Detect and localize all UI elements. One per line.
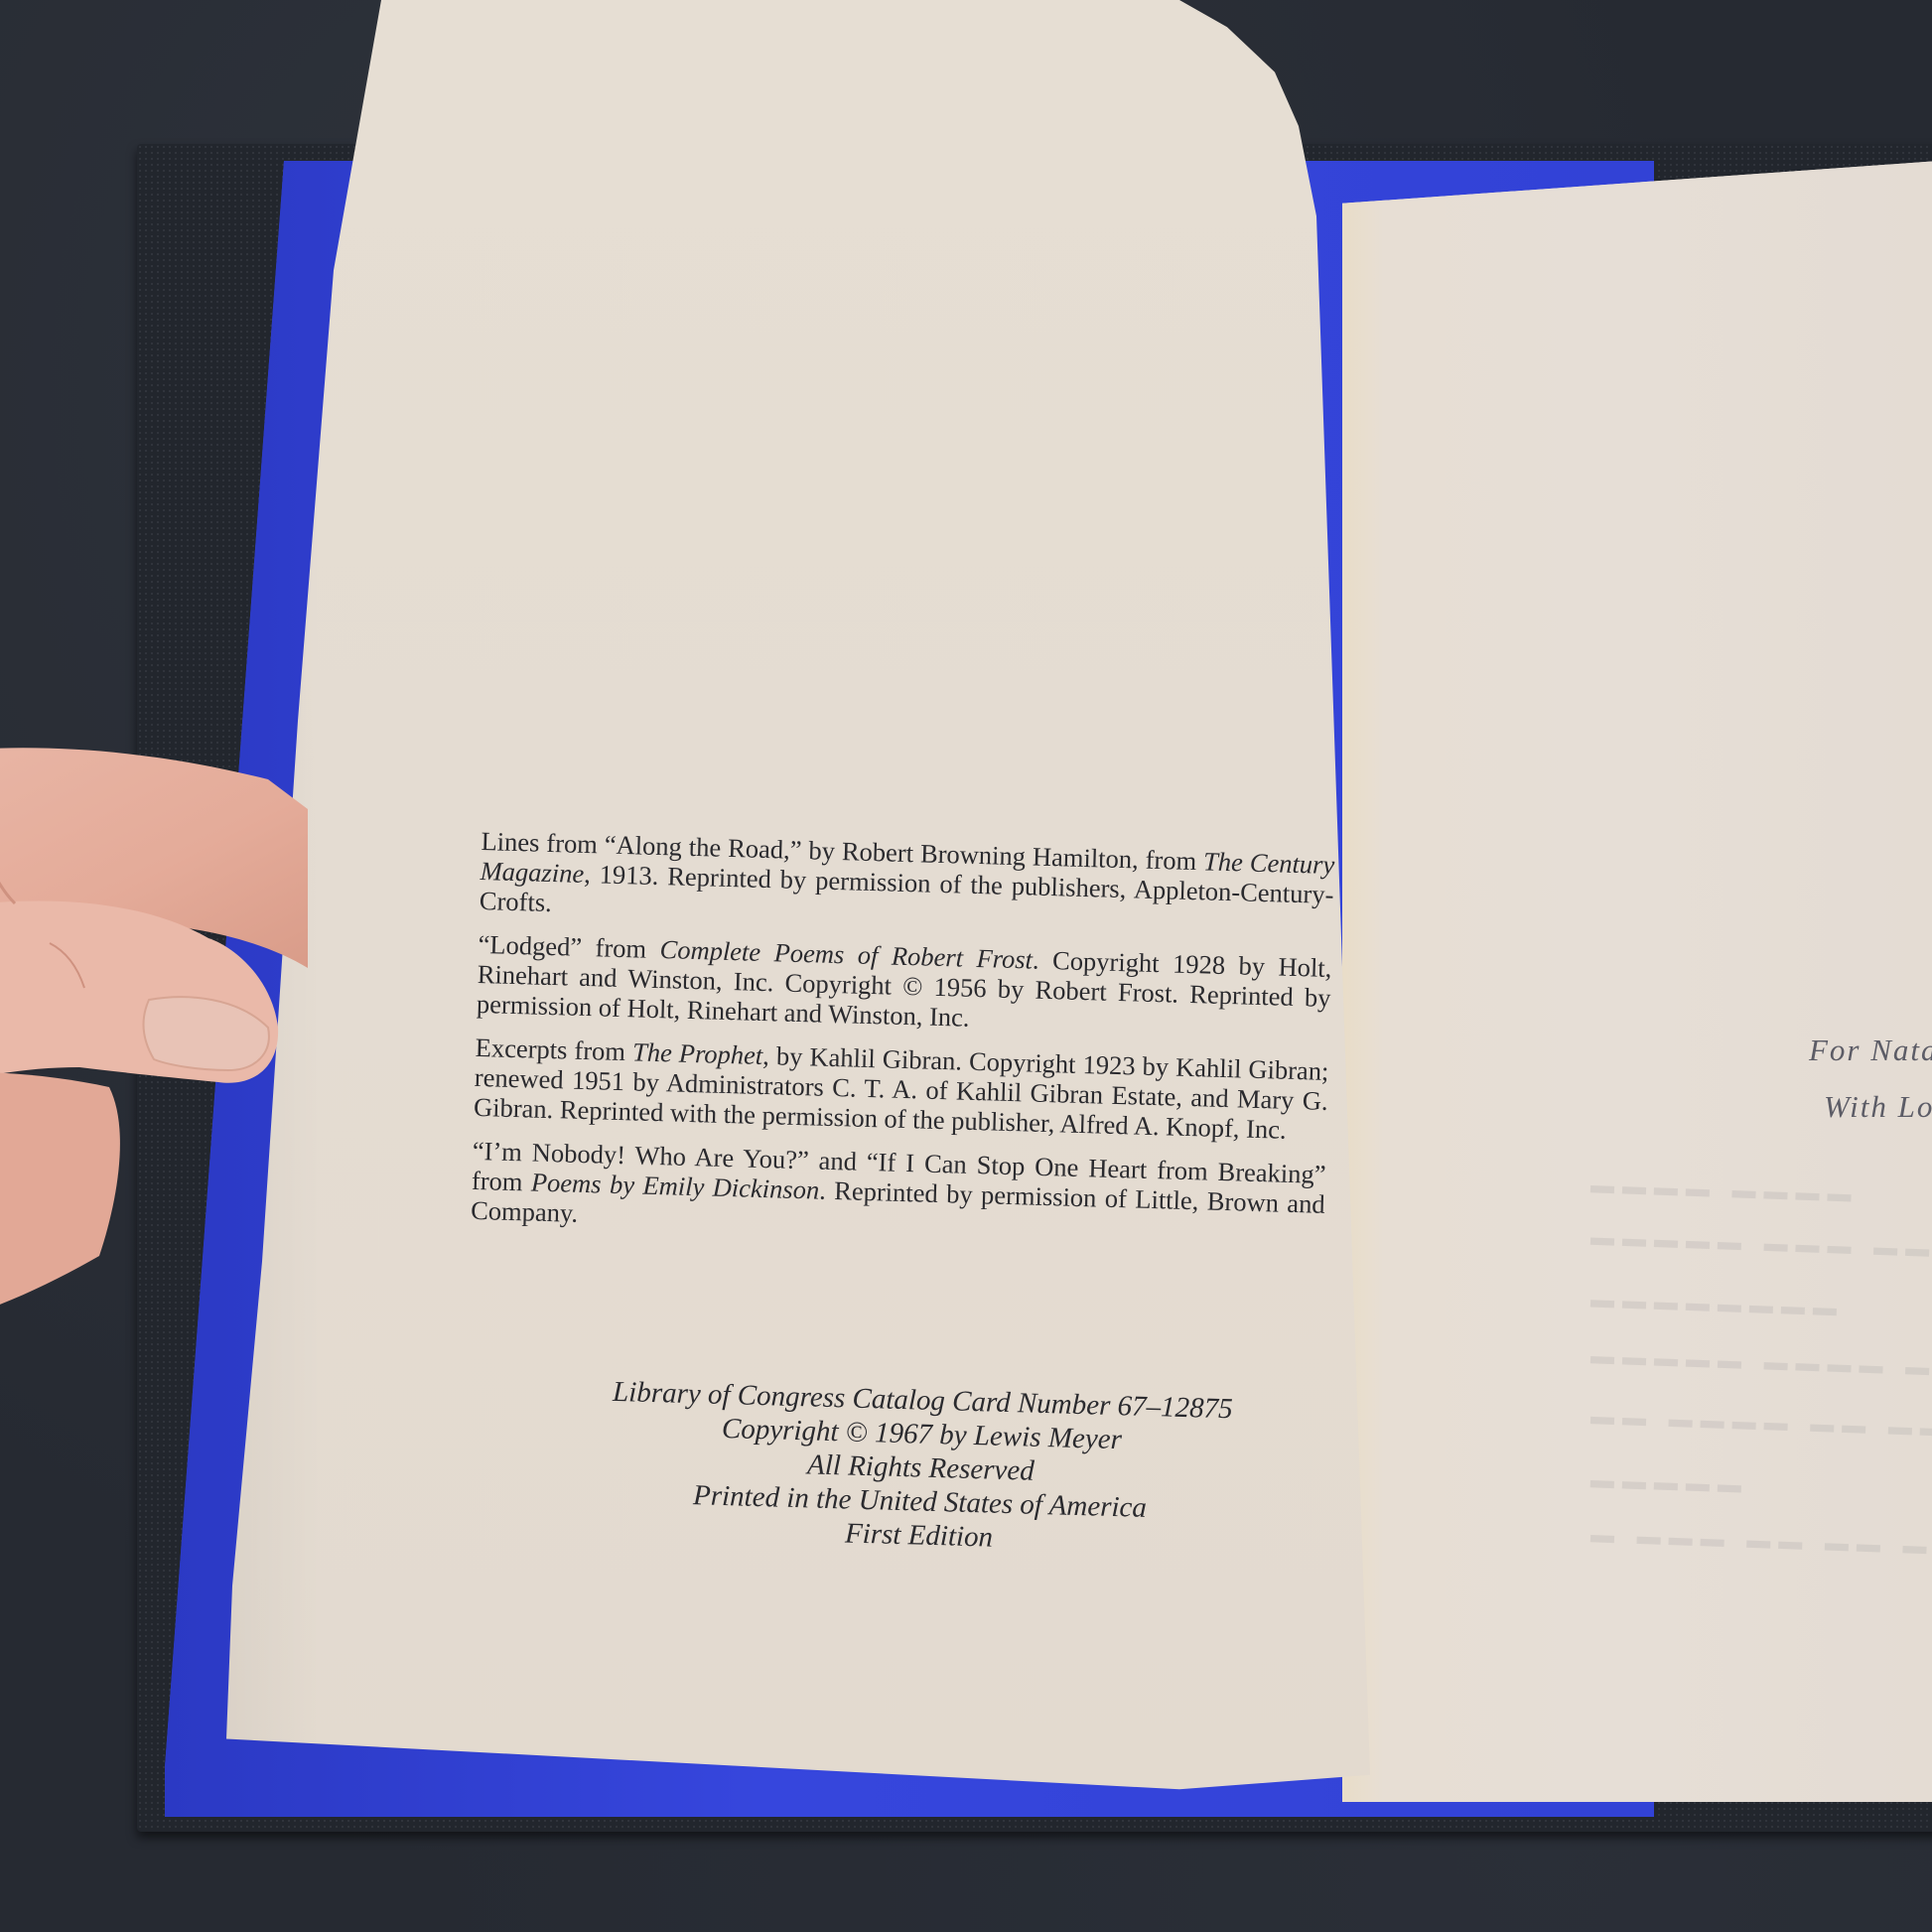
hand-holding-page bbox=[0, 740, 397, 1355]
show-through-text: ▬▬▬▬ ▬▬▬▬ bbox=[1590, 1172, 1860, 1208]
show-through-text: ▬▬▬▬▬ bbox=[1590, 1466, 1750, 1500]
permission-paragraph: “Lodged” from Complete Poems of Robert F… bbox=[477, 929, 1332, 1042]
dedication-line-1: For Nata bbox=[1809, 1033, 1932, 1068]
permission-paragraph: Excerpts from The Prophet, by Kahlil Gib… bbox=[474, 1033, 1329, 1146]
show-through-text: ▬▬▬▬▬ ▬▬▬▬ ▬▬▬▬ bbox=[1590, 1342, 1932, 1386]
permission-paragraph: “I’m Nobody! Who Are You?” and “If I Can… bbox=[471, 1136, 1326, 1249]
right-page: ▬▬▬▬ ▬▬▬▬ ▬▬▬▬▬ ▬▬▬ ▬▬▬▬ ▬▬▬▬▬▬▬▬ ▬▬▬▬▬ … bbox=[1342, 154, 1932, 1802]
dedication-line-2: With Lo bbox=[1824, 1089, 1932, 1125]
show-through-text: ▬▬▬▬▬▬▬▬ bbox=[1590, 1287, 1846, 1323]
colophon: Library of Congress Catalog Card Number … bbox=[541, 1373, 1300, 1563]
permissions-text-block: Lines from “Along the Road,” by Robert B… bbox=[470, 826, 1334, 1263]
show-through-text: ▬ ▬▬▬ ▬▬ ▬▬ ▬▬▬▬ bbox=[1590, 1521, 1932, 1564]
show-through-text: ▬▬▬▬▬ ▬▬▬ ▬▬▬▬ bbox=[1590, 1224, 1932, 1266]
show-through-text: ▬▬ ▬▬▬▬ ▬▬ ▬▬▬ bbox=[1590, 1403, 1932, 1445]
